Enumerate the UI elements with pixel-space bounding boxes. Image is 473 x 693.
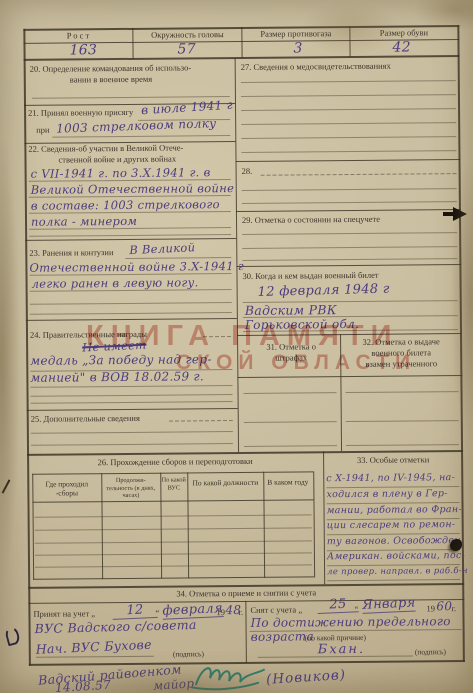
border-topcol-1	[132, 28, 133, 59]
rule-line	[346, 391, 459, 393]
hw-remove-day: 25	[317, 596, 359, 614]
border-s31s32-header	[237, 375, 462, 378]
section-22-label-line2: ственной войне и других войнах	[58, 155, 176, 166]
s26-col2-header: Продолжи- тельность (в днях, часах)	[102, 477, 159, 500]
rule-line	[242, 246, 457, 249]
ink-arrow-mark	[453, 207, 467, 221]
head-circumference-value: 57	[177, 41, 196, 57]
gasmask-size-value: 3	[293, 40, 302, 56]
section-25-label: 25. Дополнительные сведения	[31, 414, 140, 425]
section-21-pri: при	[36, 126, 49, 136]
rule-line	[258, 655, 413, 657]
border-s26-s33	[323, 451, 325, 584]
border-s27-s28	[236, 159, 461, 162]
s34-right-signature-label: (подпись)	[415, 648, 446, 657]
rule-line	[346, 444, 459, 446]
rule-line	[35, 514, 312, 517]
rule-line	[241, 136, 456, 139]
hw-wounds-3: легко ранен в левую ногу.	[32, 275, 199, 290]
rule-line	[29, 234, 231, 237]
hw-register-signatory: Нач. ВУС Бухове	[35, 637, 152, 657]
rule-line	[35, 540, 312, 543]
rule-line	[30, 302, 232, 305]
rule-line	[244, 421, 337, 423]
hw-ticket-date: 12 февраля 1948 г	[257, 282, 389, 300]
s26-v4	[187, 472, 189, 578]
hw-war-service-4: полка - минером	[31, 214, 137, 229]
border-topcol-2	[241, 27, 242, 58]
s34-right-19: 19	[426, 604, 435, 614]
hw-footer-date: 14.08.57	[55, 678, 112, 693]
hw-wounds-1: В Великой	[129, 240, 196, 257]
section-28-label: 28.	[242, 167, 253, 177]
rule-line	[35, 552, 312, 555]
section-20-label-line1: 20. Определение командования об использо…	[30, 63, 192, 74]
rule-line	[30, 385, 232, 388]
rule-line	[31, 401, 233, 404]
shoe-size-value: 42	[392, 39, 411, 55]
rule-line	[242, 258, 457, 261]
rule-line	[242, 232, 457, 235]
s26-col4-header: По какой должности	[189, 479, 261, 488]
s26-box-top	[32, 471, 313, 474]
hw-special-6: Американ. войсками, пос-	[327, 550, 465, 562]
s34-left-19: 19	[216, 608, 225, 618]
rule-line	[52, 135, 230, 138]
rule-line	[35, 527, 312, 530]
border-s34-split	[245, 601, 247, 663]
rule-line	[241, 108, 456, 111]
hw-oath-unit: 1003 стрелковом полку	[56, 116, 217, 136]
shoe-size-label: Размер обуви	[352, 28, 455, 39]
hw-remove-reason-1: По достижению предельного	[250, 614, 450, 630]
rule-line	[35, 564, 312, 567]
rule-line	[244, 445, 337, 447]
s34-right-quote: “	[354, 605, 358, 615]
hw-special-2: ходился в плену в Гер-	[326, 488, 447, 500]
rule-line	[31, 443, 233, 446]
rost-label: Рост	[27, 31, 130, 42]
watermark-line2: СКОЙ ОБЛАСТИ	[176, 351, 416, 375]
hw-special-4: ции слесарем по ремон-	[327, 519, 456, 531]
s26-col5-header: В каком году	[264, 478, 311, 487]
s34-right-prefix: Снят с учета „	[250, 605, 302, 615]
rule-line	[169, 420, 233, 422]
rule-line	[346, 420, 459, 422]
border-s24-s25	[27, 408, 238, 411]
rule-line	[327, 579, 460, 581]
s34-left-g: г.	[238, 608, 243, 618]
section-30-label: 30. Когда и кем выдан военный билет	[242, 271, 378, 282]
hw-oath-date: в июле 1941 г	[141, 98, 234, 118]
s26-box-bottom	[33, 576, 314, 579]
hw-special-5: ту вагонов. Освобожден	[327, 535, 461, 547]
s26-col1-header: Где проходил -сборы	[34, 480, 99, 498]
rule-line	[242, 201, 457, 204]
rule-line	[242, 188, 457, 191]
watermark-line1: КНИГА ПАМЯТИ	[86, 320, 398, 353]
rule-line	[32, 96, 230, 99]
section-20-label-line2: вании в военное время	[70, 75, 152, 85]
rule-line	[241, 94, 456, 97]
rule-line	[31, 394, 233, 397]
s26-v6	[313, 471, 315, 577]
s26-v5	[263, 472, 265, 578]
hw-special-7: ле провер. направл. в раб.б-н	[327, 566, 468, 577]
rule-line	[261, 173, 457, 176]
scanned-military-record-page: Рост Окружность головы Размер противогаз…	[0, 0, 473, 693]
section-23-label: 23. Ранения и контузии	[29, 248, 113, 258]
rule-line	[30, 312, 232, 315]
border-left	[23, 29, 31, 666]
rule-line	[36, 656, 154, 658]
section-26-title: 26. Прохождение сборов и переподготовки	[27, 456, 323, 468]
s34-right-g: г.	[451, 604, 456, 614]
border-s22-s23	[25, 238, 236, 241]
hw-remove-year: 60	[436, 599, 452, 613]
hw-special-1: с X-1941, по IV-1945, на-	[326, 472, 455, 484]
hw-footer-name: (Новиков)	[266, 667, 347, 688]
border-s28-s29	[236, 209, 461, 212]
s26-header-bottom	[32, 499, 313, 502]
section-33-title: 33. Особые отметки	[323, 455, 463, 466]
hw-register-office: ВУС Вадского с/совета	[34, 617, 196, 636]
s34-left-prefix: Принят на учет „	[33, 609, 95, 619]
rule-line	[241, 122, 456, 125]
border-topcol-3	[349, 26, 350, 57]
hw-remove-month: Января	[362, 596, 416, 614]
section-21-label: 21. Принял военную присягу	[28, 108, 133, 119]
rost-value: 163	[69, 42, 97, 58]
section-27-label: 27. Сведения о медосвидетельствованиях	[241, 62, 391, 73]
major-signature-icon	[188, 656, 270, 693]
border-center-vertical	[235, 58, 239, 452]
s26-col3-header: По какой ВУС	[161, 476, 186, 491]
border-s29-s30	[236, 264, 461, 267]
head-circumference-label: Окружность головы	[135, 30, 239, 41]
gasmask-size-label: Размер противогаза	[244, 29, 347, 40]
hw-special-3: мании, работал во Фран-	[327, 504, 462, 516]
rule-line	[31, 431, 233, 434]
rule-line	[241, 80, 456, 83]
section-29-label: 29. Отметка о состоянии на спецучете	[242, 215, 380, 226]
rule-line	[244, 392, 337, 394]
rule-line	[241, 150, 456, 153]
